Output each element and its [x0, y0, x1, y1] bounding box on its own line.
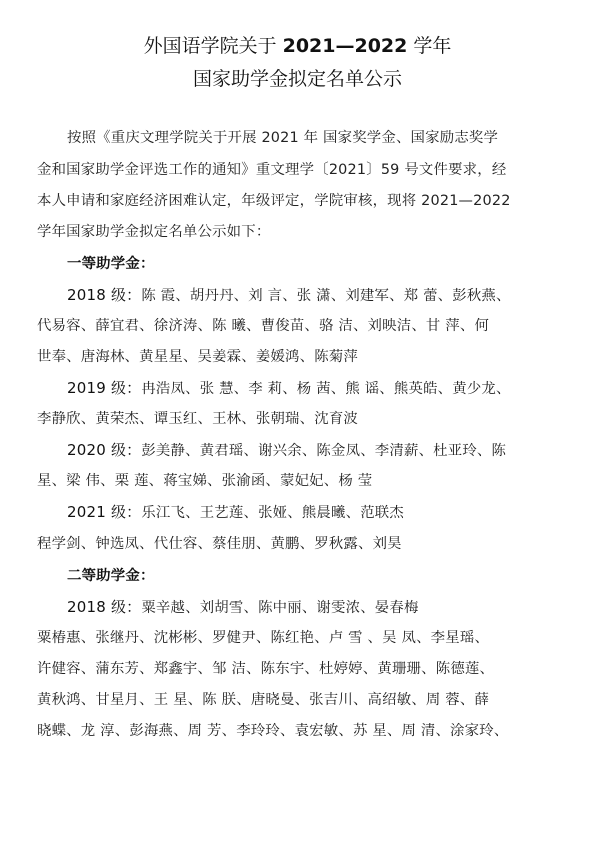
name-list: 彭美静、黄君瑶、谢兴余、陈金凤、李清薪、杜亚玲、陈	[141, 443, 506, 459]
grade-2020-line-2: 星、梁 伟、栗 莲、蒋宝娣、张渝函、蒙妃妃、杨 莹	[37, 471, 567, 491]
second-2018-line-5: 晓蝶、龙 淳、彭海燕、周 芳、李玲玲、袁宏敏、苏 星、周 清、涂家玲、	[37, 721, 567, 741]
document-page: 外国语学院关于 2021—2022 学年 国家助学金拟定名单公示 按照《重庆文理…	[0, 0, 595, 841]
document-title-line-1: 外国语学院关于 2021—2022 学年	[0, 31, 595, 58]
grade-2021-line-1: 2021 级：乐江飞、王艺莲、张娅、熊晨曦、范联杰	[67, 502, 595, 523]
section-heading-second-class: 二等助学金：	[67, 566, 595, 586]
grade-label: 2019 级：	[67, 379, 141, 397]
intro-line-4: 学年国家助学金拟定名单公示如下：	[37, 222, 567, 242]
grade-2019-line-1: 2019 级：冉浩凤、张 慧、李 莉、杨 茜、熊 谣、熊英皓、黄少龙、	[67, 378, 595, 399]
grade-2021-line-2: 程学剑、钟选凤、代仕容、蔡佳朋、黄鹏、罗秋露、刘昊	[37, 534, 567, 554]
grade-2019-line-2: 李静欣、黄荣杰、谭玉红、王林、张朝瑞、沈育波	[37, 409, 567, 429]
second-2018-line-4: 黄秋鸿、甘星月、王 星、陈 朕、唐晓曼、张吉川、高绍敏、周 蓉、薛	[37, 690, 567, 710]
title-prefix: 外国语学院关于	[144, 35, 283, 57]
intro-line-1: 按照《重庆文理学院关于开展 2021 年 国家奖学金、国家励志奖学	[67, 128, 595, 148]
intro-line-3: 本人申请和家庭经济困难认定，年级评定，学院审核，现将 2021—2022	[37, 191, 567, 211]
grade-label: 2021 级：	[67, 503, 141, 521]
grade-label: 2018 级：	[67, 598, 141, 616]
name-list: 乐江飞、王艺莲、张娅、熊晨曦、范联杰	[141, 505, 404, 521]
title-suffix: 学年	[407, 35, 451, 57]
name-list: 陈 霞、胡丹丹、刘 言、张 潇、刘建军、郑 蕾、彭秋燕、	[141, 288, 510, 304]
grade-label: 2020 级：	[67, 441, 141, 459]
name-list: 冉浩凤、张 慧、李 莉、杨 茜、熊 谣、熊英皓、黄少龙、	[141, 381, 510, 397]
section-heading-first-class: 一等助学金：	[67, 254, 595, 274]
grade-2018-line-3: 世奉、唐海林、黄星星、吴姜霖、姜媛鸿、陈菊萍	[37, 347, 567, 367]
second-2018-line-3: 许健容、蒲东芳、郑鑫宇、邹 洁、陈东宇、杜婷婷、黄珊珊、陈德莲、	[37, 659, 567, 679]
document-title-line-2: 国家助学金拟定名单公示	[0, 64, 595, 91]
grade-2018-line-2: 代易容、薛宜君、徐济涛、陈 曦、曹俊苗、骆 洁、刘映洁、甘 萍、何	[37, 316, 567, 336]
second-2018-line-2: 粟椿惠、张继丹、沈彬彬、罗健尹、陈红艳、卢 雪 、吴 凤、李星瑶、	[37, 628, 567, 648]
grade-2020-line-1: 2020 级：彭美静、黄君瑶、谢兴余、陈金凤、李清薪、杜亚玲、陈	[67, 440, 595, 461]
title-academic-years: 2021—2022	[283, 35, 408, 57]
name-list: 粟辛越、刘胡雪、陈中丽、谢雯浓、晏春梅	[141, 600, 418, 616]
grade-label: 2018 级：	[67, 286, 141, 304]
intro-line-2: 金和国家助学金评选工作的通知》重文理学〔2021〕59 号文件要求，经	[37, 160, 567, 180]
second-2018-line-1: 2018 级：粟辛越、刘胡雪、陈中丽、谢雯浓、晏春梅	[67, 597, 595, 618]
grade-2018-line-1: 2018 级：陈 霞、胡丹丹、刘 言、张 潇、刘建军、郑 蕾、彭秋燕、	[67, 285, 595, 306]
